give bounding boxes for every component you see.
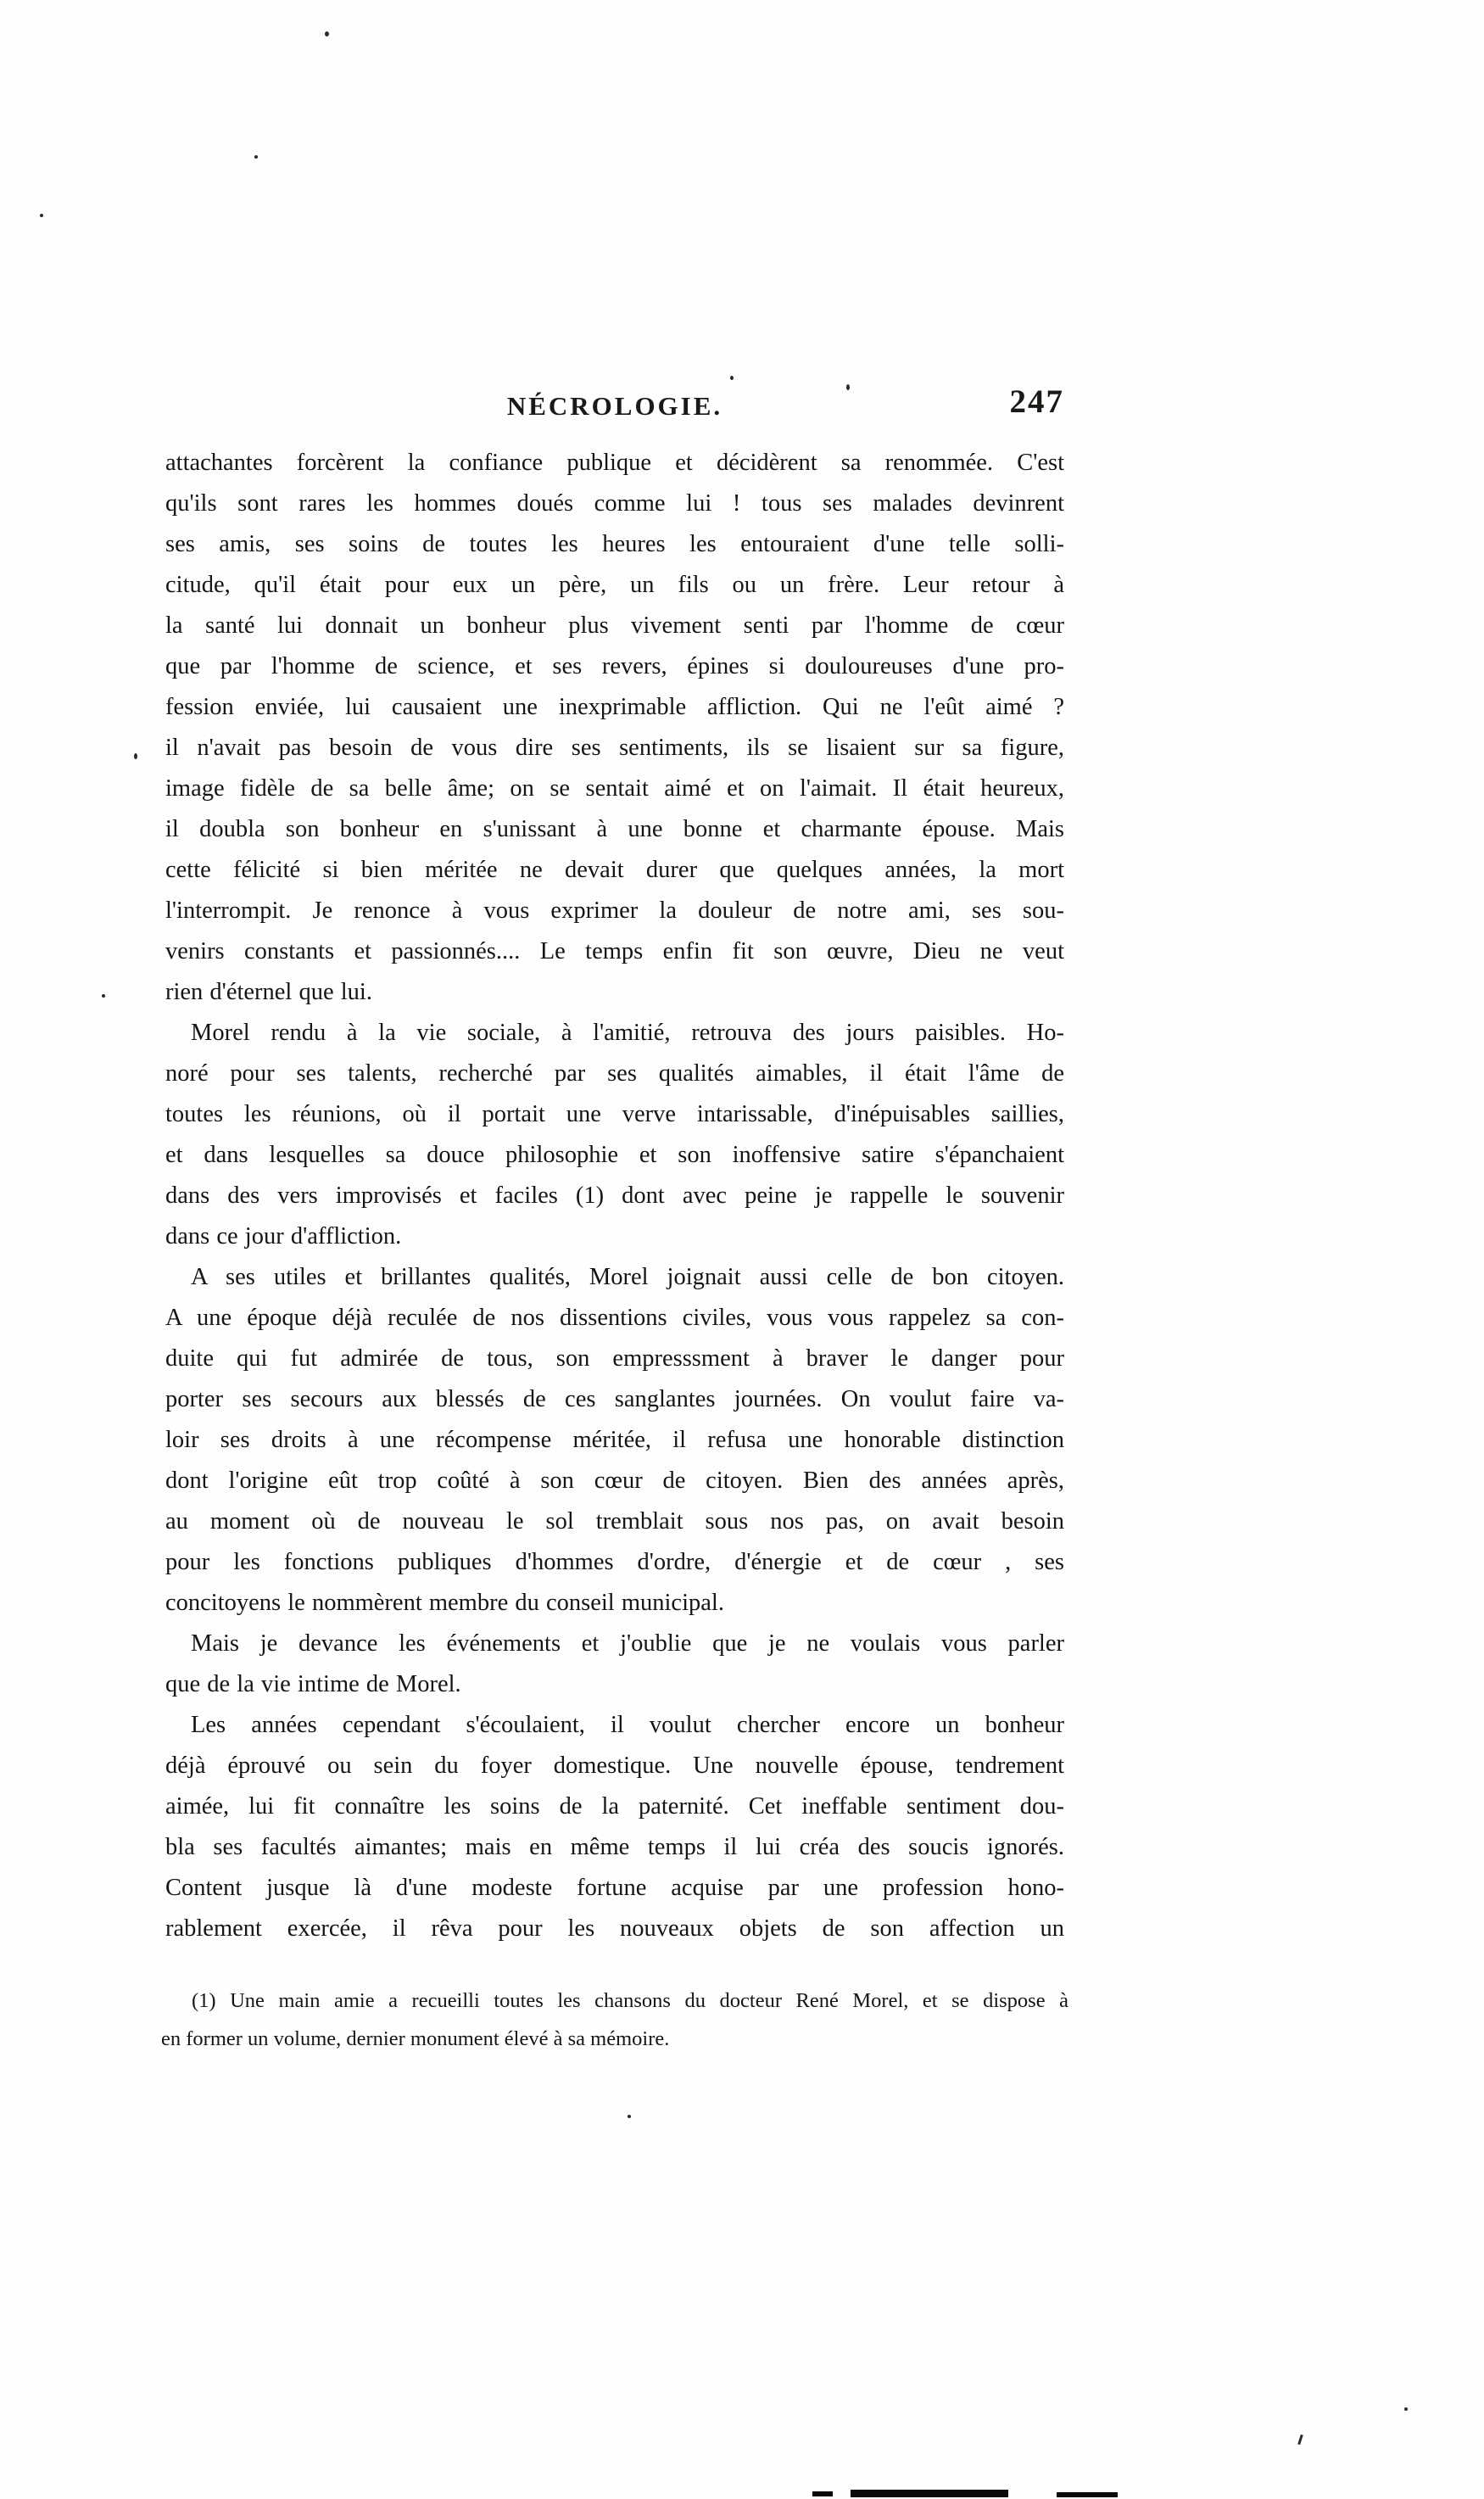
scan-speck <box>846 384 850 390</box>
text-line: concitoyens le nommèrent membre du conse… <box>165 1583 1064 1624</box>
text-line: Les années cependant s'écoulaient, il vo… <box>165 1705 1064 1746</box>
scan-speck <box>254 155 258 159</box>
text-line: Morel rendu à la vie sociale, à l'amitié… <box>165 1013 1064 1054</box>
scan-artifact-bar <box>1057 2492 1118 2497</box>
scan-speck <box>730 376 734 380</box>
text-line: A une époque déjà reculée de nos dissent… <box>165 1298 1064 1339</box>
text-line: fession enviée, lui causaient une inexpr… <box>165 687 1064 728</box>
text-line: noré pour ses talents, recherché par ses… <box>165 1054 1064 1094</box>
text-line: il n'avait pas besoin de vous dire ses s… <box>165 728 1064 769</box>
text-line: aimée, lui fit connaître les soins de la… <box>165 1786 1064 1827</box>
scanned-book-page: NÉCROLOGIE. 247 attachantes forcèrent la… <box>0 0 1484 2499</box>
text-line: ses amis, ses soins de toutes les heures… <box>165 524 1064 565</box>
scan-speck <box>1404 2407 1408 2411</box>
text-line: qu'ils sont rares les hommes doués comme… <box>165 484 1064 524</box>
text-line: dans des vers improvisés et faciles (1) … <box>165 1176 1064 1216</box>
text-line: duite qui fut admirée de tous, son empre… <box>165 1339 1064 1379</box>
text-line: dans ce jour d'affliction. <box>165 1216 1064 1257</box>
text-line: Mais je devance les événements et j'oubl… <box>165 1624 1064 1664</box>
text-line: rablement exercée, il rêva pour les nouv… <box>165 1909 1064 1949</box>
text-line: citude, qu'il était pour eux un père, un… <box>165 565 1064 606</box>
text-line: la santé lui donnait un bonheur plus viv… <box>165 606 1064 646</box>
text-line: Content jusque là d'une modeste fortune … <box>165 1868 1064 1909</box>
footnote: (1) Une main amie a recueilli toutes les… <box>161 1982 1068 2058</box>
scan-speck <box>1297 2435 1303 2445</box>
text-line: que par l'homme de science, et ses rever… <box>165 646 1064 687</box>
text-line: pour les fonctions publiques d'hommes d'… <box>165 1542 1064 1583</box>
text-line: image fidèle de sa belle âme; on se sent… <box>165 769 1064 809</box>
text-line: au moment où de nouveau le sol tremblait… <box>165 1501 1064 1542</box>
text-line: en former un volume, dernier monument él… <box>161 2020 1068 2058</box>
text-line: loir ses droits à une récompense méritée… <box>165 1420 1064 1461</box>
scan-speck <box>102 994 105 998</box>
scan-speck <box>628 2115 631 2118</box>
text-line: il doubla son bonheur en s'unissant à un… <box>165 809 1064 850</box>
text-line: l'interrompit. Je renonce à vous exprime… <box>165 891 1064 931</box>
text-line: attachantes forcèrent la confiance publi… <box>165 443 1064 484</box>
body-text: attachantes forcèrent la confiance publi… <box>165 443 1064 1949</box>
scan-speck <box>40 214 43 217</box>
text-line: (1) Une main amie a recueilli toutes les… <box>161 1982 1068 2020</box>
text-line: bla ses facultés aimantes; mais en même … <box>165 1827 1064 1868</box>
text-line: et dans lesquelles sa douce philosophie … <box>165 1135 1064 1176</box>
text-line: venirs constants et passionnés.... Le te… <box>165 931 1064 972</box>
scan-artifact-bar <box>851 2490 1008 2497</box>
text-line: cette félicité si bien méritée ne devait… <box>165 850 1064 891</box>
scan-artifact-bar <box>812 2491 833 2496</box>
text-line: dont l'origine eût trop coûté à son cœur… <box>165 1461 1064 1501</box>
text-line: que de la vie intime de Morel. <box>165 1664 1064 1705</box>
page-number: 247 <box>1010 383 1065 421</box>
scan-speck <box>325 31 329 36</box>
text-line: porter ses secours aux blessés de ces sa… <box>165 1379 1064 1420</box>
page-header: NÉCROLOGIE. 247 <box>165 386 1064 428</box>
text-line: toutes les réunions, où il portait une v… <box>165 1094 1064 1135</box>
text-line: rien d'éternel que lui. <box>165 972 1064 1013</box>
running-title: NÉCROLOGIE. <box>165 391 1064 422</box>
scan-speck <box>134 753 137 759</box>
text-line: A ses utiles et brillantes qualités, Mor… <box>165 1257 1064 1298</box>
text-line: déjà éprouvé ou sein du foyer domestique… <box>165 1746 1064 1786</box>
